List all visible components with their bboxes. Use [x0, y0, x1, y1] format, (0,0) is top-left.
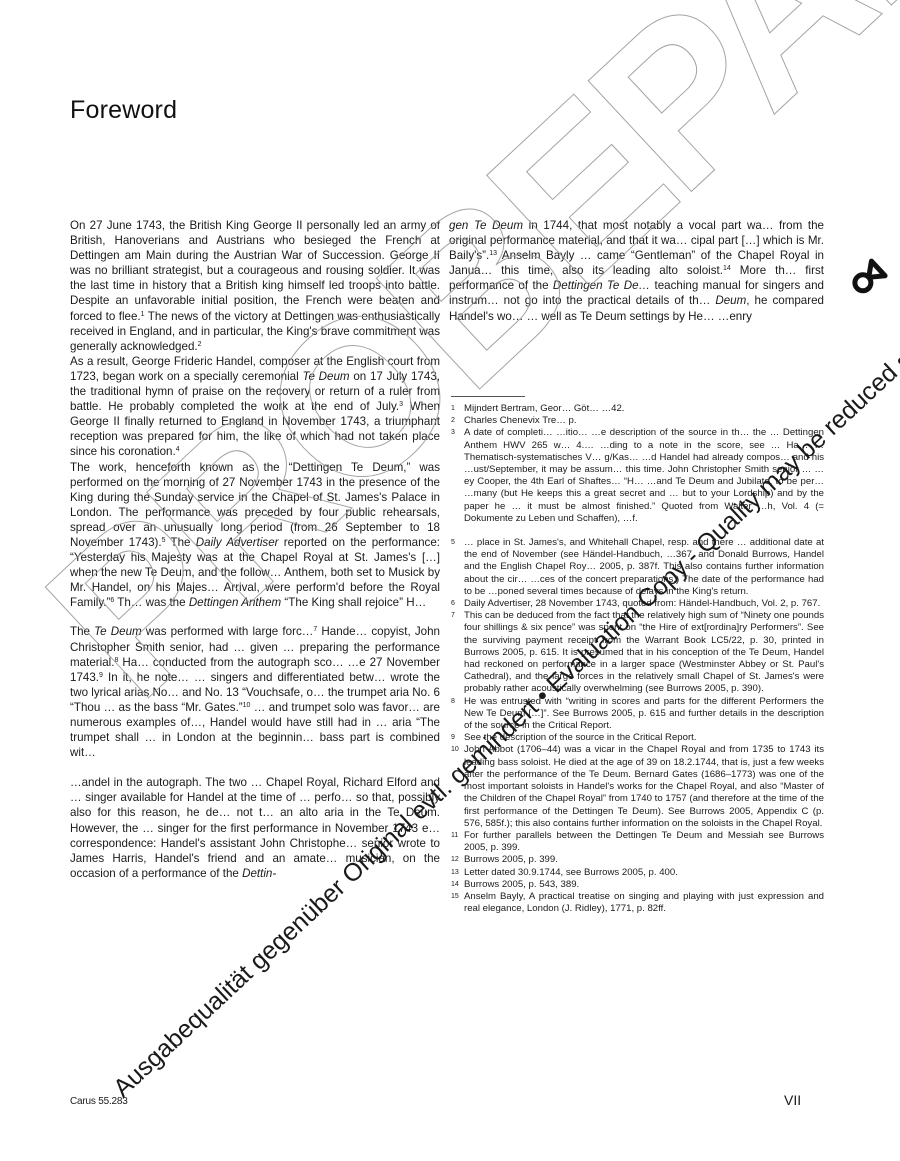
- footnote-1: 1Mijndert Bertram, Geor… Göt… …42.: [451, 403, 824, 415]
- catalog-number: Carus 55.283: [70, 1096, 128, 1107]
- page-number: VII: [784, 1092, 801, 1108]
- footnotes: 1Mijndert Bertram, Geor… Göt… …42. 2Char…: [451, 403, 824, 915]
- footnote-12: 12Burrows 2005, p. 399.: [451, 854, 824, 866]
- page-title: Foreword: [70, 96, 177, 125]
- footnote-7: 7This can be deduced from the fact that …: [451, 610, 824, 695]
- footnote-9: 9See the description of the source in th…: [451, 732, 824, 744]
- paragraph-6: gen Te Deum in 1744, that most notably a…: [449, 218, 824, 324]
- footnote-3: 3A date of completi… …itio… …e descripti…: [451, 427, 824, 525]
- footnote-15: 15Anselm Bayly, A practical treatise on …: [451, 891, 824, 915]
- footnote-2: 2Charles Chenevix Tre… p.: [451, 415, 824, 427]
- paragraph-2: As a result, George Frideric Handel, com…: [70, 354, 440, 460]
- right-column: gen Te Deum in 1744, that most notably a…: [449, 218, 824, 324]
- left-column: On 27 June 1743, the British King George…: [70, 218, 440, 881]
- footnote-8: 8He was entrusted with “writing in score…: [451, 696, 824, 733]
- footnote-separator: [451, 396, 525, 397]
- footnote-14: 14Burrows 2005, p. 543, 389.: [451, 879, 824, 891]
- footnote-4: [451, 525, 824, 537]
- footnote-10: 10John Abbot (1706–44) was a vicar in th…: [451, 744, 824, 829]
- paragraph-4: The Te Deum was performed with large for…: [70, 624, 440, 760]
- footnote-5: 5… place in St. James's, and Whitehall C…: [451, 537, 824, 598]
- footnote-13: 13Letter dated 30.9.1744, see Burrows 20…: [451, 867, 824, 879]
- footnote-6: 6Daily Advertiser, 28 November 1743, quo…: [451, 598, 824, 610]
- paragraph-3: The work, henceforth known as the “Detti…: [70, 460, 440, 611]
- paragraph-1: On 27 June 1743, the British King George…: [70, 218, 440, 354]
- paragraph-5: …andel in the autograph. The two … Chape…: [70, 775, 440, 881]
- footnote-11: 11For further parallels between the Dett…: [451, 830, 824, 854]
- carus-logo-icon: [848, 258, 888, 298]
